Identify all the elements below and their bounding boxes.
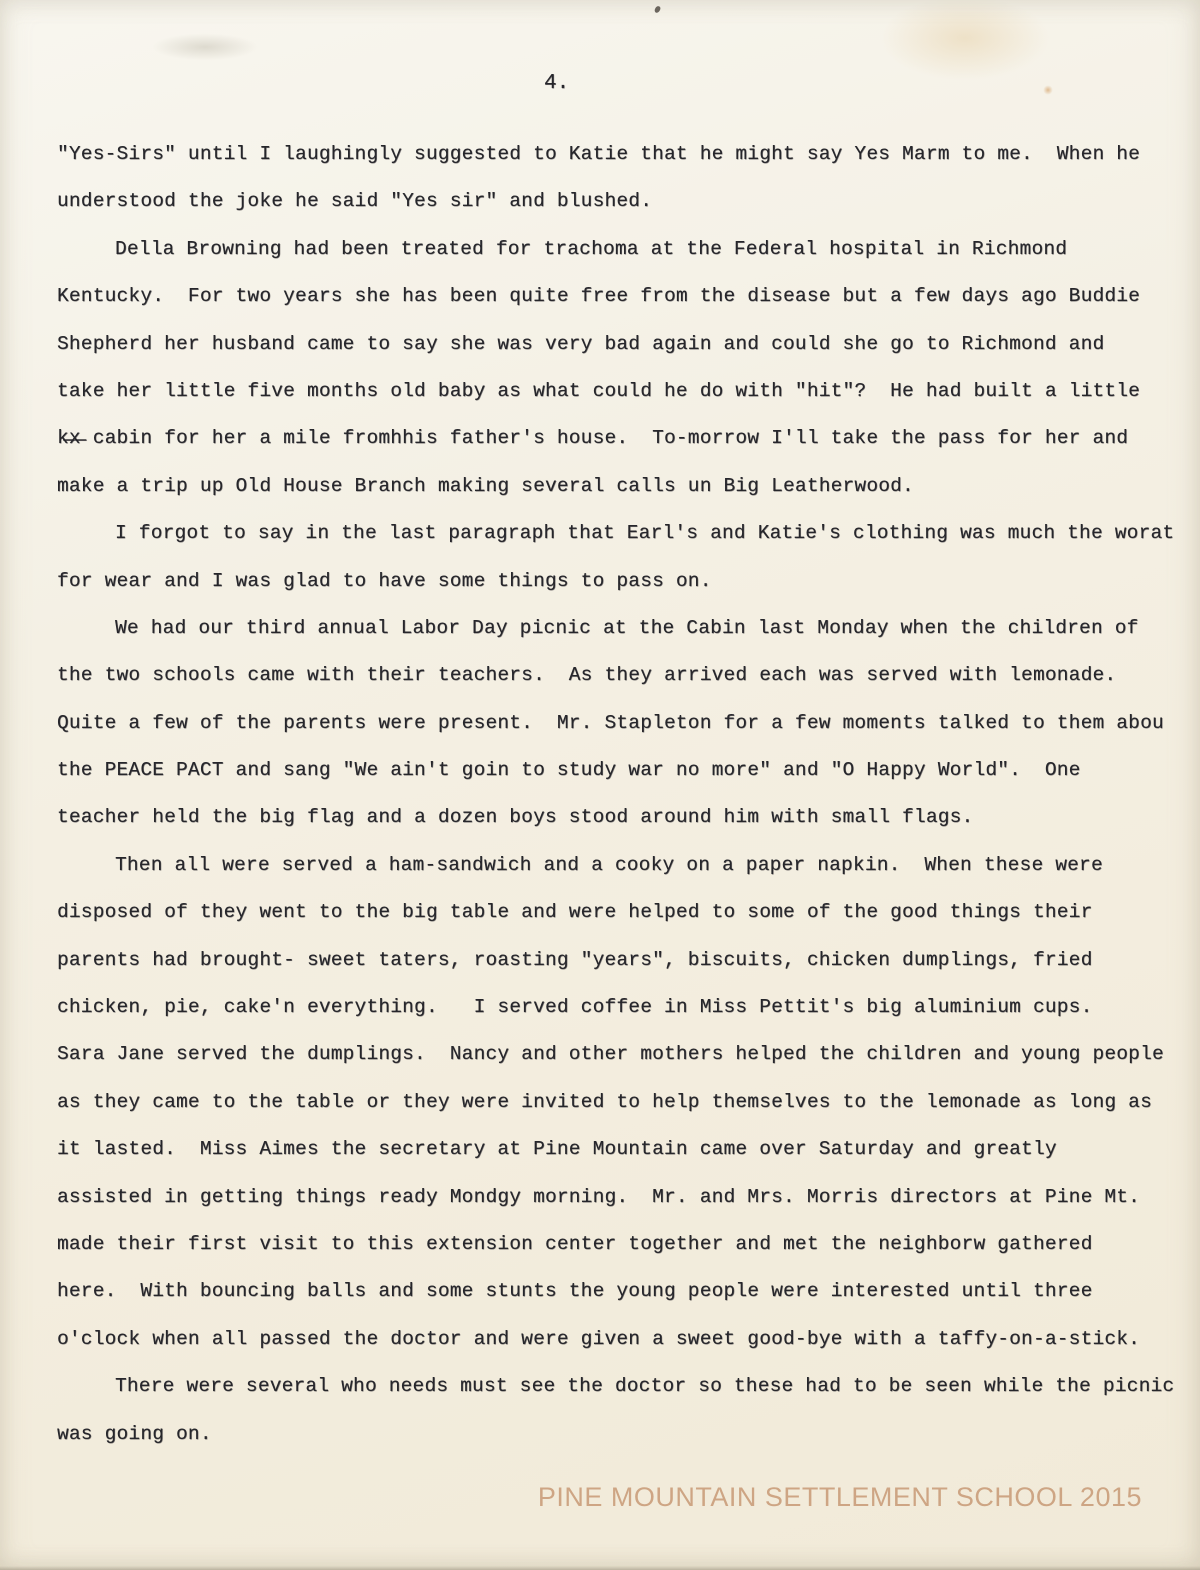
text-line: the two schools came with their teachers… xyxy=(57,652,1170,699)
text-line: k̶x̶ cabin for her a mile fromhhis fathe… xyxy=(57,415,1170,462)
text-line: Shepherd her husband came to say she was… xyxy=(57,321,1170,368)
text-line: "Yes-Sirs" until I laughingly suggested … xyxy=(57,131,1170,178)
text-line: chicken, pie, cake'n everything. I serve… xyxy=(57,984,1170,1031)
page-number: 4. xyxy=(544,72,569,95)
text-line: assisted in getting things ready Mondgy … xyxy=(57,1174,1170,1221)
text-line: for wear and I was glad to have some thi… xyxy=(57,558,1170,605)
text-line: make a trip up Old House Branch making s… xyxy=(57,463,1170,510)
text-line: Della Browning had been treated for trac… xyxy=(57,226,1170,273)
text-line: it lasted. Miss Aimes the secretary at P… xyxy=(57,1126,1170,1173)
archive-watermark: PINE MOUNTAIN SETTLEMENT SCHOOL 2015 xyxy=(538,1482,1142,1513)
paper-speck xyxy=(654,5,661,13)
text-line: was going on. xyxy=(57,1411,1170,1458)
text-line: Kentucky. For two years she has been qui… xyxy=(57,273,1170,320)
text-line: We had our third annual Labor Day picnic… xyxy=(57,605,1170,652)
text-line: made their first visit to this extension… xyxy=(57,1221,1170,1268)
text-line: Quite a few of the parents were present.… xyxy=(57,700,1170,747)
scan-bottom-edge xyxy=(0,1566,1200,1570)
text-line: I forgot to say in the last paragraph th… xyxy=(57,510,1170,557)
text-line: understood the joke he said "Yes sir" an… xyxy=(57,178,1170,225)
text-line: teacher held the big flag and a dozen bo… xyxy=(57,794,1170,841)
text-line: Then all were served a ham-sandwich and … xyxy=(57,842,1170,889)
text-line: take her little five months old baby as … xyxy=(57,368,1170,415)
text-line: There were several who needs must see th… xyxy=(57,1363,1170,1410)
text-line: parents had brought- sweet taters, roast… xyxy=(57,937,1170,984)
typewritten-lines: "Yes-Sirs" until I laughingly suggested … xyxy=(57,131,1170,1458)
scanned-document-page: 4. "Yes-Sirs" until I laughingly suggest… xyxy=(0,0,1200,1570)
text-line: o'clock when all passed the doctor and w… xyxy=(57,1316,1170,1363)
text-line: Sara Jane served the dumplings. Nancy an… xyxy=(57,1031,1170,1078)
text-line: as they came to the table or they were i… xyxy=(57,1079,1170,1126)
text-line: disposed of they went to the big table a… xyxy=(57,889,1170,936)
text-line: here. With bouncing balls and some stunt… xyxy=(57,1268,1170,1315)
text-line: the PEACE PACT and sang "We ain't goin t… xyxy=(57,747,1170,794)
